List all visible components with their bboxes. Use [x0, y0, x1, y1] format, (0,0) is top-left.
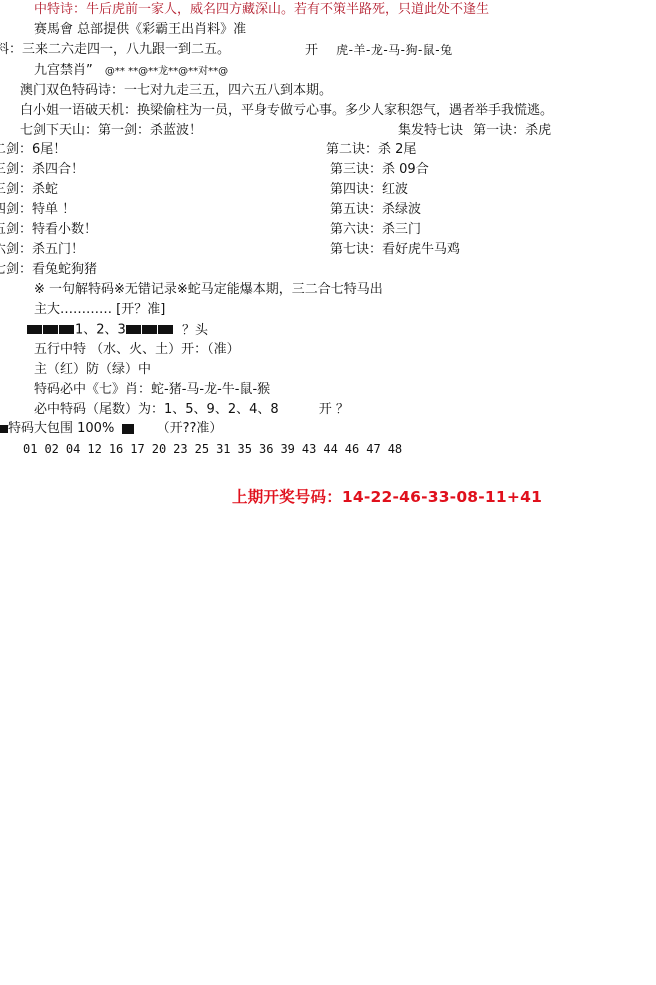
secret-2: 第二诀：杀 2尾: [326, 142, 416, 158]
bar-decoration: [122, 424, 134, 434]
head-numbers: 1、2、3: [75, 323, 126, 338]
package-line: 特码大包围 100% （开??准）: [0, 421, 222, 437]
sword-label: 三剑：: [0, 182, 32, 197]
secret-label: 第五诀：: [330, 202, 382, 217]
secret-value: 杀 2尾: [378, 142, 416, 157]
sword-label: 二剑：: [0, 142, 32, 157]
secret-6: 第六诀：杀三门: [330, 222, 421, 238]
number: 04: [66, 442, 80, 456]
number: 01: [23, 442, 37, 456]
secret-label: 第三诀：: [330, 162, 382, 177]
number: 17: [130, 442, 144, 456]
tail-open: 开 ？: [319, 402, 349, 417]
color-text: 主（红）防（绿）中: [34, 362, 151, 377]
last-draw-numbers: 14-22-46-33-08-11+41: [342, 488, 542, 506]
seven-secrets-title: 集发特七诀 第一诀：杀虎: [398, 123, 551, 139]
sword-label: 三剑：: [0, 162, 32, 177]
miss-bai-text: 换梁偷柱为一员，平身专做亏心事。多少人家积怨气，遇者举手我慌逃。: [137, 103, 553, 118]
sword-value: 特看小数！: [32, 222, 97, 237]
one-sentence-text: ※ 一句解特码※无错记录※蛇马定能爆本期，三二合七特马出: [34, 282, 383, 297]
secret-label: 第七诀：: [330, 242, 382, 257]
material-prefix: 料：: [0, 42, 22, 57]
number: 35: [238, 442, 252, 456]
secret-value: 杀三门: [382, 222, 421, 237]
sword-3: 三剑：杀四合！: [0, 162, 84, 178]
package-label: 特码大包围 100%: [8, 421, 114, 436]
tail-must-line: 必中特码（尾数）为：1、5、9、2、4、8 开 ？: [34, 402, 349, 418]
secret-4: 第四诀：红波: [330, 182, 408, 198]
number: 44: [323, 442, 337, 456]
number: 25: [195, 442, 209, 456]
palace-line: 九宫禁肖” @** **@**龙**@**对**@: [34, 63, 228, 80]
sword-3b: 三剑：杀蛇: [0, 182, 58, 198]
number: 47: [366, 442, 380, 456]
number: 36: [259, 442, 273, 456]
seven-swords-title-text: 七剑下天山：: [20, 123, 98, 138]
number: 46: [345, 442, 359, 456]
sword-6: 六剑：杀五门！: [0, 242, 84, 258]
last-draw-label: 上期开奖号码：: [232, 488, 342, 506]
five-elements-text: 五行中特 （水、火、土）开：（准）: [34, 342, 240, 357]
sword-value: 特单 ！: [32, 202, 75, 217]
secret-label: 第二诀：: [326, 142, 378, 157]
open-zodiac: 虎-羊-龙-马-狗-鼠-兔: [336, 43, 452, 57]
head-suffix: ？头: [182, 323, 208, 338]
sword-value: 杀四合！: [32, 162, 84, 177]
seven-secrets-title-text: 集发特七诀: [398, 123, 463, 138]
main-big-text: 主大………… [开？准]: [34, 302, 165, 317]
number: 12: [87, 442, 101, 456]
palace-label: 九宫禁肖”: [34, 63, 93, 78]
sword-4: 四剑：特单 ！: [0, 202, 75, 218]
secret-label: 第六诀：: [330, 222, 382, 237]
sword-label: 七剑：: [0, 262, 32, 277]
number: 43: [302, 442, 316, 456]
secret-value: 杀 09合: [382, 162, 429, 177]
color-line: 主（红）防（绿）中: [34, 362, 151, 378]
secret-1: 第一诀：杀虎: [473, 123, 551, 138]
sword-5: 五剑：特看小数！: [0, 222, 97, 238]
zodiac-must-text: 特码必中《七》肖：蛇-猪-马-龙-牛-鼠-猴: [34, 382, 270, 397]
material-text: 三来二六走四一，八九跟一到二五。: [22, 42, 230, 57]
number: 16: [109, 442, 123, 456]
sword-1: 第一剑：杀蓝波！: [98, 123, 202, 138]
secret-value: 看好虎牛马鸡: [382, 242, 460, 257]
secret-value: 红波: [382, 182, 408, 197]
special-poem-text: 牛后虎前一家人，威名四方藏深山。若有不策半路死，只道此处不逢生: [86, 2, 489, 17]
palace-code: @** **@**龙**@**对**@: [105, 66, 228, 77]
main-big-line: 主大………… [开？准]: [34, 302, 165, 318]
secret-3: 第三诀：杀 09合: [330, 162, 429, 178]
number: 20: [152, 442, 166, 456]
head-numbers-line: 1、2、3 ？头: [27, 322, 208, 339]
sword-label: 四剑：: [0, 202, 32, 217]
package-numbers: 010204121617202325313536394344464748: [23, 441, 409, 457]
special-poem-line: 中特诗：牛后虎前一家人，威名四方藏深山。若有不策半路死，只道此处不逢生: [34, 2, 489, 18]
sword-value: 6尾！: [32, 142, 66, 157]
number: 31: [216, 442, 230, 456]
sword-label: 五剑：: [0, 222, 32, 237]
sword-2: 二剑：6尾！: [0, 142, 66, 158]
sword-value: 看兔蛇狗猪: [32, 262, 97, 277]
package-suffix: （开??准）: [157, 421, 223, 436]
secret-label: 第四诀：: [330, 182, 382, 197]
open-zodiac-line: 开 虎-羊-龙-马-狗-鼠-兔: [305, 42, 453, 59]
tail-must-text: 必中特码（尾数）为：1、5、9、2、4、8: [34, 402, 279, 417]
bar-decoration-left: [27, 322, 75, 338]
macau-poem-line: 澳门双色特码诗：一七对九走三五，四六五八到本期。: [20, 83, 332, 99]
provider-line: 赛馬會 总部提供《彩霸王出肖料》准: [34, 22, 246, 38]
one-sentence-line: ※ 一句解特码※无错记录※蛇马定能爆本期，三二合七特马出: [34, 282, 383, 298]
bar-decoration-right: [126, 322, 174, 338]
zodiac-must-line: 特码必中《七》肖：蛇-猪-马-龙-牛-鼠-猴: [34, 382, 270, 398]
macau-poem-text: 一七对九走三五，四六五八到本期。: [124, 83, 332, 98]
sword-label: 六剑：: [0, 242, 32, 257]
sword-value: 杀蛇: [32, 182, 58, 197]
open-label: 开: [305, 43, 318, 58]
special-poem-label: 中特诗：: [34, 2, 86, 17]
number: 02: [44, 442, 58, 456]
macau-poem-label: 澳门双色特码诗：: [20, 83, 124, 98]
five-elements-line: 五行中特 （水、火、土）开：（准）: [34, 342, 240, 358]
last-draw-line: 上期开奖号码：14-22-46-33-08-11+41: [232, 487, 542, 507]
number: 23: [173, 442, 187, 456]
material-line: 料：三来二六走四一，八九跟一到二五。: [0, 42, 230, 58]
number: 39: [280, 442, 294, 456]
seven-swords-title: 七剑下天山：第一剑：杀蓝波！: [20, 123, 202, 139]
secret-5: 第五诀：杀绿波: [330, 202, 421, 218]
miss-bai-line: 白小姐一语破天机：换梁偷柱为一员，平身专做亏心事。多少人家积怨气，遇者举手我慌逃…: [20, 103, 553, 119]
sword-7: 七剑：看兔蛇狗猪: [0, 262, 97, 278]
secret-value: 杀绿波: [382, 202, 421, 217]
miss-bai-label: 白小姐一语破天机：: [20, 103, 137, 118]
secret-7: 第七诀：看好虎牛马鸡: [330, 242, 460, 258]
sword-value: 杀五门！: [32, 242, 84, 257]
number: 48: [388, 442, 402, 456]
provider-text: 赛馬會 总部提供《彩霸王出肖料》准: [34, 22, 246, 37]
bar-decoration: [0, 425, 8, 433]
